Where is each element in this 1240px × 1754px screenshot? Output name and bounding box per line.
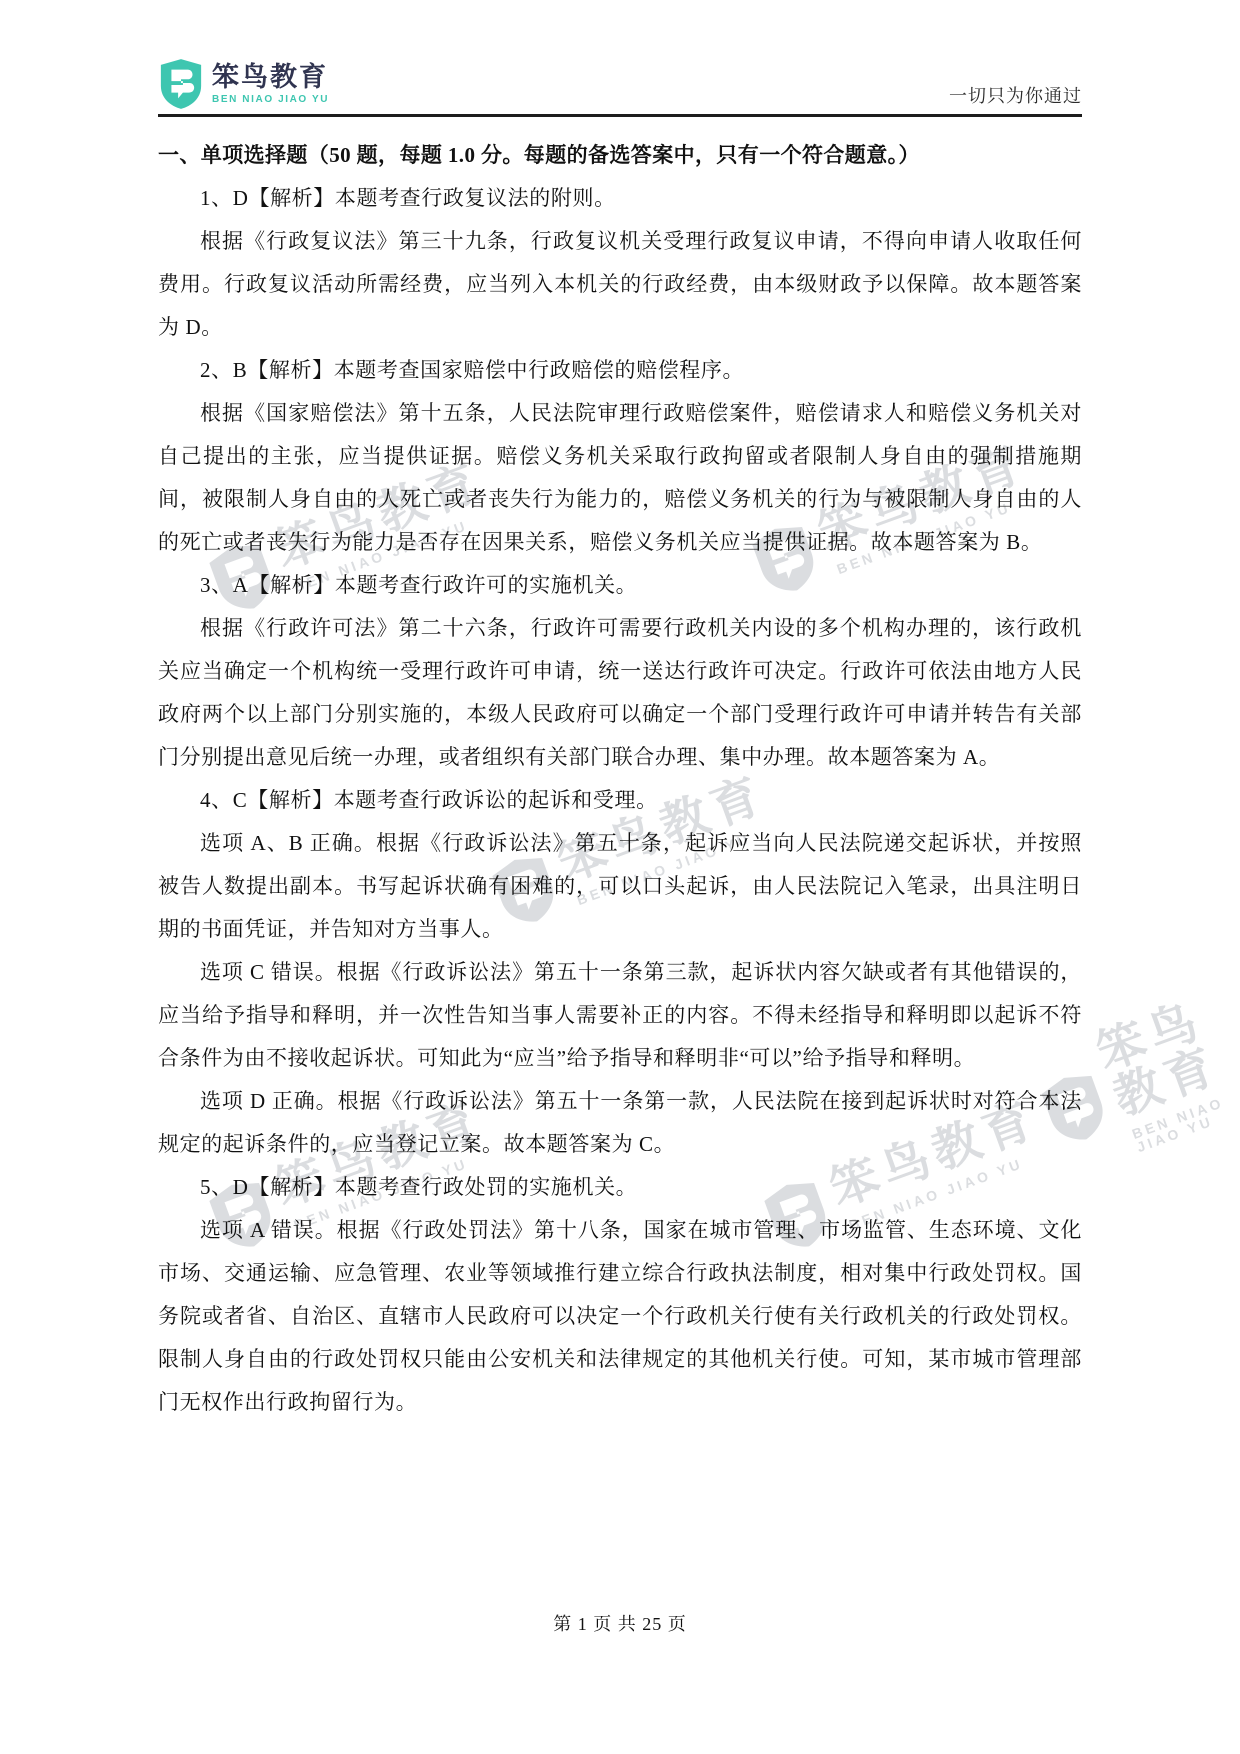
paragraph: 选项 C 错误。根据《行政诉讼法》第五十一条第三款，起诉状内容欠缺或者有其他错误… [158, 951, 1082, 1080]
paragraph: 选项 A、B 正确。根据《行政诉讼法》第五十条，起诉应当向人民法院递交起诉状，并… [158, 822, 1082, 951]
paragraph: 4、C【解析】本题考查行政诉讼的起诉和受理。 [158, 779, 1082, 822]
paragraph: 5、D【解析】本题考查行政处罚的实施机关。 [158, 1166, 1082, 1209]
answer-explanations: 1、D【解析】本题考查行政复议法的附则。根据《行政复议法》第三十九条，行政复议机… [158, 177, 1082, 1424]
paragraph: 选项 D 正确。根据《行政诉讼法》第五十一条第一款，人民法院在接到起诉状时对符合… [158, 1080, 1082, 1166]
paragraph: 根据《行政复议法》第三十九条，行政复议机关受理行政复议申请，不得向申请人收取任何… [158, 220, 1082, 349]
page-header: 笨鸟教育 BEN NIAO JIAO YU 一切只为你通过 [158, 48, 1082, 110]
brand-logo: 笨鸟教育 BEN NIAO JIAO YU [158, 58, 329, 110]
paragraph: 1、D【解析】本题考查行政复议法的附则。 [158, 177, 1082, 220]
section-title: 一、单项选择题（50 题，每题 1.0 分。每题的备选答案中，只有一个符合题意。… [158, 134, 1082, 177]
document-page: 笨鸟教育BEN NIAO JIAO YU笨鸟教育BEN NIAO JIAO YU… [0, 0, 1240, 1754]
paragraph: 选项 A 错误。根据《行政处罚法》第十八条，国家在城市管理、市场监管、生态环境、… [158, 1209, 1082, 1424]
page-number: 第 1 页 共 25 页 [553, 1614, 687, 1634]
page-footer: 第 1 页 共 25 页 [0, 1610, 1240, 1636]
document-body: 一、单项选择题（50 题，每题 1.0 分。每题的备选答案中，只有一个符合题意。… [158, 134, 1082, 1424]
watermark-text-cn: 笨鸟教育 [1091, 990, 1240, 1124]
brand-name-cn: 笨鸟教育 [212, 64, 329, 91]
bird-shield-icon [158, 58, 204, 110]
paragraph: 3、A【解析】本题考查行政许可的实施机关。 [158, 564, 1082, 607]
paragraph: 2、B【解析】本题考查国家赔偿中行政赔偿的赔偿程序。 [158, 349, 1082, 392]
brand-slogan: 一切只为你通过 [949, 82, 1082, 110]
brand-name-en: BEN NIAO JIAO YU [212, 95, 329, 105]
paragraph: 根据《行政许可法》第二十六条，行政许可需要行政机关内设的多个机构办理的，该行政机… [158, 607, 1082, 779]
paragraph: 根据《国家赔偿法》第十五条，人民法院审理行政赔偿案件，赔偿请求人和赔偿义务机关对… [158, 392, 1082, 564]
header-divider [158, 114, 1082, 117]
watermark-text-en: BEN NIAO JIAO YU [1130, 1086, 1240, 1155]
